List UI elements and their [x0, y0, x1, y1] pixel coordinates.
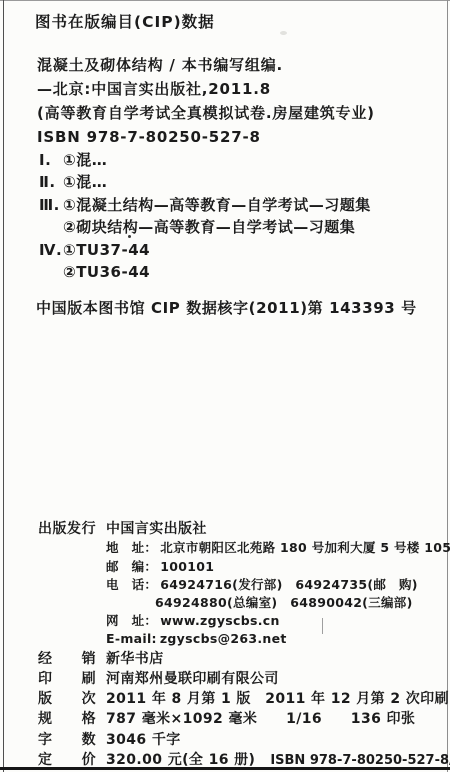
classification-numeral: Ⅲ. [39, 194, 63, 216]
book-info-block: 混凝土及砌体结构 / 本书编写组编. —北京:中国言实出版社,2011.8 (高… [37, 53, 375, 149]
classification-row: Ⅲ. ①混凝土结构—高等教育—自学考试—习题集 [39, 194, 371, 216]
address-label: 地 址： [106, 539, 157, 557]
postcode-label: 邮 编： [106, 558, 157, 576]
classification-row: ②砌块结构—高等教育—自学考试—习题集 [39, 216, 371, 238]
format-value: 787 毫米×1092 毫米 1/16 136 印张 [106, 709, 415, 729]
scan-smudge [280, 31, 287, 35]
address-value: 北京市朝阳区北苑路 180 号加利大厦 5 号楼 105 室 [160, 539, 450, 557]
format-row: 规格 787 毫米×1092 毫米 1/16 136 印张 [38, 709, 450, 729]
phone-value-2: 64924880(总编室) 64890042(三编部) [155, 594, 413, 612]
distributor-row: 经销 新华书店 [38, 649, 450, 669]
price-row: 定价 320.00 元(全 16 册) ISBN 978-7-80250-527… [38, 750, 450, 771]
book-imprint-line: —北京:中国言实出版社,2011.8 [37, 77, 375, 101]
cip-header: 图书在版编目(CIP)数据 [35, 10, 215, 32]
book-isbn-line: ISBN 978-7-80250-527-8 [37, 125, 375, 149]
price-label: 定价 [38, 750, 96, 770]
classification-text: ①TU37-44 [63, 239, 150, 261]
postcode-row: 邮 编： 100101 [106, 558, 450, 576]
classification-numeral [39, 261, 63, 283]
postcode-value: 100101 [160, 558, 214, 576]
price-value: 320.00 元(全 16 册) [106, 750, 255, 770]
classification-row: Ⅰ. ①混… [39, 149, 371, 171]
scan-scratch [322, 618, 323, 634]
address-row: 地 址： 北京市朝阳区北苑路 180 号加利大厦 5 号楼 105 室 [106, 539, 450, 557]
website-row: 网 址： www.zgyscbs.cn [106, 612, 450, 630]
email-label: E-mail: [106, 630, 157, 648]
wordcount-row: 字数 3046 千字 [38, 730, 450, 750]
printer-value: 河南郑州曼联印刷有限公司 [106, 669, 279, 689]
scan-speck [128, 235, 131, 238]
printer-label: 印刷 [38, 669, 96, 689]
phone-row: 电 话： 64924716(发行部) 64924735(邮 购) [106, 576, 450, 594]
distributor-label: 经销 [38, 649, 96, 669]
cip-copyright-page: 图书在版编目(CIP)数据 混凝土及砌体结构 / 本书编写组编. —北京:中国言… [0, 0, 450, 772]
phone-row-2: 64924880(总编室) 64890042(三编部) [106, 594, 450, 612]
classification-numeral: Ⅳ. [39, 239, 63, 261]
publisher-details: 地 址： 北京市朝阳区北苑路 180 号加利大厦 5 号楼 105 室 邮 编：… [106, 539, 450, 648]
publisher-row: 出版发行 中国言实出版社 [38, 519, 450, 539]
website-value: www.zgyscbs.cn [160, 612, 279, 630]
email-row: E-mail: zgyscbs@263.net [106, 630, 450, 648]
classification-numeral [39, 216, 63, 238]
email-value: zgyscbs@263.net [160, 630, 287, 648]
classification-row: ②TU36-44 [39, 261, 371, 283]
publisher-label: 出版发行 [38, 519, 96, 539]
price-isbn: ISBN 978-7-80250-527-8/T · 16 [270, 751, 450, 771]
format-label: 规格 [38, 709, 96, 729]
wordcount-value: 3046 千字 [106, 730, 181, 750]
printer-row: 印刷 河南郑州曼联印刷有限公司 [38, 669, 450, 689]
wordcount-label: 字数 [38, 730, 96, 750]
edition-value: 2011 年 8 月第 1 版 2011 年 12 月第 2 次印刷 [106, 689, 449, 709]
classification-text: ②TU36-44 [63, 261, 150, 283]
page-edge-left [3, 0, 4, 772]
classification-text: ①混… [63, 149, 107, 171]
edition-row: 版次 2011 年 8 月第 1 版 2011 年 12 月第 2 次印刷 [38, 689, 450, 709]
classification-row: Ⅳ. ①TU37-44 [39, 239, 371, 261]
book-series-line: (高等教育自学考试全真模拟试卷.房屋建筑专业) [37, 101, 375, 125]
website-label: 网 址： [106, 612, 157, 630]
publisher-name: 中国言实出版社 [106, 519, 207, 539]
cip-record-number: 中国版本图书馆 CIP 数据核字(2011)第 143393 号 [36, 297, 417, 318]
classification-text: ①混… [63, 171, 107, 193]
classification-numeral: Ⅱ. [39, 171, 63, 193]
page-edge-top [0, 0, 450, 1]
edition-label: 版次 [38, 689, 96, 709]
classification-text: ②砌块结构—高等教育—自学考试—习题集 [63, 216, 355, 238]
distributor-value: 新华书店 [106, 649, 164, 669]
classification-block: Ⅰ. ①混… Ⅱ. ①混… Ⅲ. ①混凝土结构—高等教育—自学考试—习题集 ②砌… [39, 149, 371, 283]
colophon-block: 出版发行 中国言实出版社 地 址： 北京市朝阳区北苑路 180 号加利大厦 5 … [38, 519, 450, 771]
classification-numeral: Ⅰ. [39, 149, 63, 171]
phone-label: 电 话： [106, 576, 157, 594]
phone-value: 64924716(发行部) 64924735(邮 购) [160, 576, 418, 594]
classification-text: ①混凝土结构—高等教育—自学考试—习题集 [63, 194, 371, 216]
book-title-line: 混凝土及砌体结构 / 本书编写组编. [37, 53, 375, 77]
classification-row: Ⅱ. ①混… [39, 171, 371, 193]
